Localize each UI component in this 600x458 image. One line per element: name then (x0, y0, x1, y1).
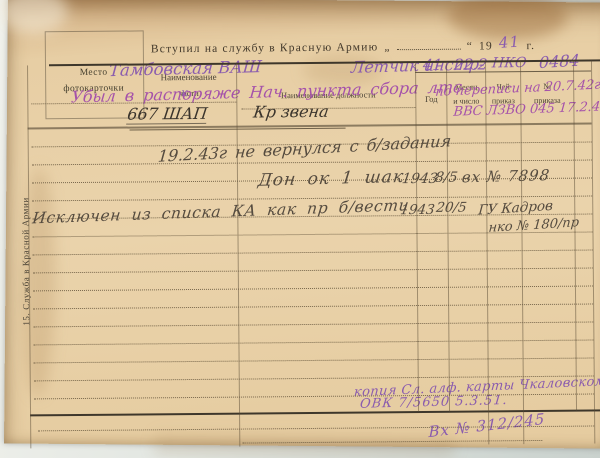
handwriting-order-nko: НКО (491, 55, 527, 71)
table-row-line (33, 304, 593, 310)
open-quote: „ (384, 41, 390, 53)
handwriting-flight-commander: Кр звена (252, 102, 330, 122)
document-paper: Вступил на службу в Красную Армию „ “ 19… (4, 0, 600, 449)
form-layer: Вступил на службу в Красную Армию „ “ 19… (4, 0, 600, 449)
handwriting-exclusion-date: 20/5 (435, 200, 467, 216)
close-quote: “ (467, 41, 473, 53)
table-row-line (33, 268, 593, 274)
table-row-line (33, 340, 593, 346)
handwriting-regiment-667shap: 667 ШАП (126, 104, 209, 125)
table-row-line (415, 71, 591, 74)
table-row-line (242, 440, 542, 444)
table-row-line (32, 160, 592, 166)
handwriting-unit-school: Тамбовская ВАШ (108, 57, 262, 80)
side-label-wrap: 15. Служба в Красной Армии (15, 141, 35, 381)
handwriting-incoming-number-7898: вх № 7898 (461, 166, 551, 186)
year-suffix-label: г. (526, 40, 535, 52)
year-handwritten: 41 (498, 32, 521, 52)
table-column-line (236, 64, 240, 447)
enlist-label: Вступил на службу в Красную Армию (151, 41, 379, 55)
table-row-line (33, 250, 593, 256)
table-row-line (33, 286, 593, 292)
table-row-line (33, 322, 593, 328)
table-row-line (34, 394, 594, 400)
form-header: Вступил на службу в Красную Армию „ “ 19… (151, 34, 600, 56)
blank-dotted-field (397, 39, 461, 51)
table-row-line (34, 358, 594, 364)
scan-background: { "doc": { "header": { "enlist": "Вступи… (0, 0, 600, 458)
year-print-label: 19 (479, 40, 493, 52)
